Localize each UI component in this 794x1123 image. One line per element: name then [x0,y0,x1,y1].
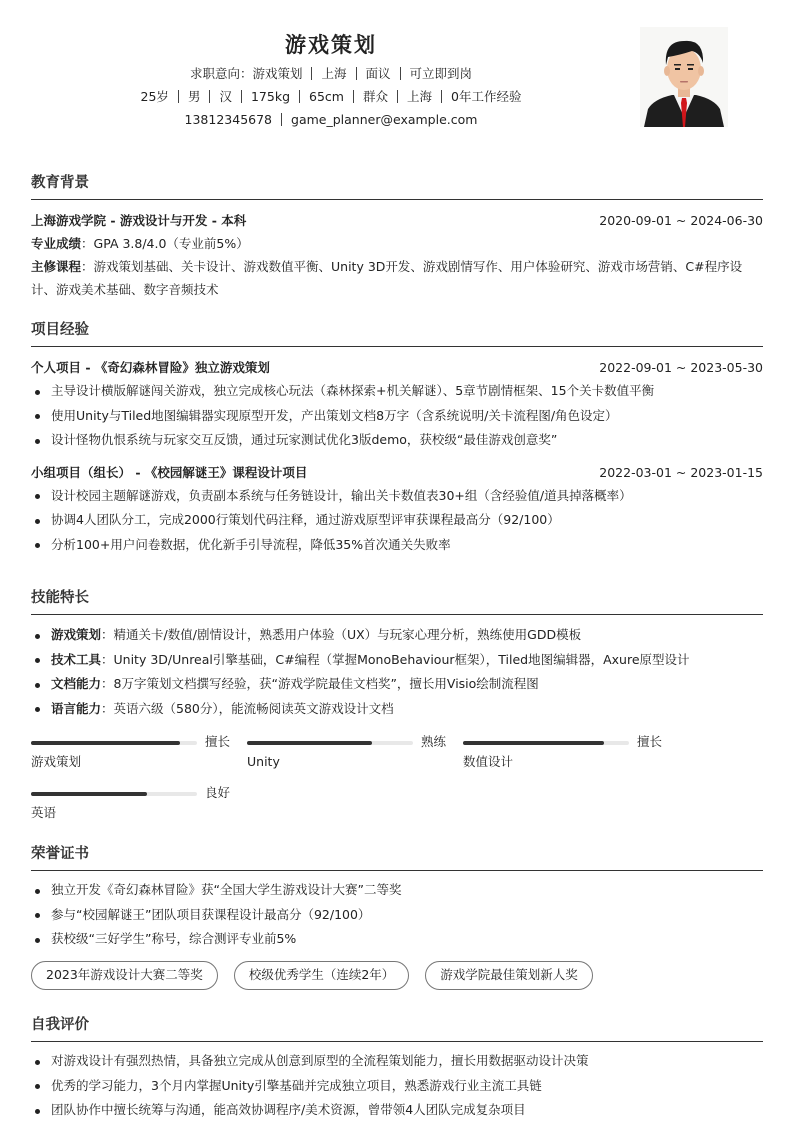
list-item: 优秀的学习能力，3个月内掌握Unity引擎基础并完成独立项目，熟悉游戏行业主流工… [31,1074,763,1099]
avatar [640,27,728,127]
intent-availability: 可立即到岗 [410,66,473,81]
skill-level: 良好 [205,784,230,802]
list-item: 获校级“三好学生”称号，综合测评专业前5% [31,927,763,952]
skill-fill [31,792,147,796]
gpa-row: 专业成绩：GPA 3.8/4.0（专业前5%） [31,232,763,255]
list-item: 使用Unity与Tiled地图编辑器实现原型开发，产出策划文档8万字（含系统说明… [31,404,763,429]
avatar-portrait-icon [640,27,728,127]
separator [400,67,401,80]
skill-label: 文档能力 [51,676,101,691]
skills-title: 技能特长 [31,587,763,615]
skill-fill [31,741,180,745]
list-item: 游戏策划：精通关卡/数值/剧情设计，熟悉用户体验（UX）与玩家心理分析，熟练使用… [31,623,763,648]
honor-tag: 游戏学院最佳策划新人奖 [425,961,593,990]
email: game_planner@example.com [291,112,477,127]
self-eval-section: 自我评价 对游戏设计有强烈热情，具备独立完成从创意到原型的全流程策划能力，擅长用… [31,1014,763,1123]
candidate-name: 游戏策划 [0,28,662,62]
skill-fill [247,741,372,745]
skill-name: 数值设计 [463,753,513,771]
job-intent-line: 求职意向：游戏策划上海面议可立即到岗 [0,62,662,85]
weight: 175kg [251,89,290,104]
political-status: 群众 [363,89,388,104]
skills-section: 技能特长 游戏策划：精通关卡/数值/剧情设计，熟悉用户体验（UX）与玩家心理分析… [31,587,763,721]
list-item: 参与“校园解谜王”团队项目获课程设计最高分（92/100） [31,903,763,928]
separator [353,90,354,103]
resume-page: 游戏策划 求职意向：游戏策划上海面议可立即到岗 25岁男汉175kg65cm群众… [0,0,794,1123]
list-item: 团队协作中擅长统筹与沟通，能高效协调程序/美术资源，曾带领4人团队完成复杂项目 [31,1098,763,1123]
separator [311,67,312,80]
list-item: 设计怪物仇恨系统与玩家交互反馈，通过玩家测试优化3版demo，获校级“最佳游戏创… [31,428,763,453]
skill-name: Unity [247,753,280,771]
honor-tags: 2023年游戏设计大赛二等奖 校级优秀学生（连续2年） 游戏学院最佳策划新人奖 [31,961,593,990]
phone: 13812345678 [185,112,272,127]
separator [241,90,242,103]
separator [178,90,179,103]
skill-name: 英语 [31,804,56,822]
list-item: 对游戏设计有强烈热情，具备独立完成从创意到原型的全流程策划能力，擅长用数据驱动设… [31,1049,763,1074]
contact-line: 13812345678game_planner@example.com [0,108,662,131]
project-header: 小组项目（组长） - 《校园解谜王》课程设计项目 2022-03-01 ~ 20… [31,461,763,484]
skill-level: 擅长 [637,733,662,751]
self-eval-title: 自我评价 [31,1014,763,1042]
skill-label: 技术工具 [51,652,101,667]
separator [397,90,398,103]
education-date: 2020-09-01 ~ 2024-06-30 [599,209,763,232]
honors-title: 荣誉证书 [31,843,763,871]
education-entry-header: 上海游戏学院 - 游戏设计与开发 - 本科 2020-09-01 ~ 2024-… [31,209,763,232]
separator [356,67,357,80]
list-item: 协调4人团队分工，完成2000行策划代码注释，通过游戏原型评审获课程最高分（92… [31,508,763,533]
courses-label: 主修课程 [31,259,81,274]
education-section: 教育背景 上海游戏学院 - 游戏设计与开发 - 本科 2020-09-01 ~ … [31,172,763,301]
separator [441,90,442,103]
honor-tag: 校级优秀学生（连续2年） [234,961,409,990]
job-intent: 求职意向：游戏策划 [190,66,303,81]
projects-title: 项目经验 [31,319,763,347]
project-name: 小组项目（组长） - 《校园解谜王》课程设计项目 [31,465,307,480]
intent-city: 上海 [321,66,346,81]
skill-bars: 擅长 游戏策划 熟练 Unity 擅长 数值设计 良好 英语 [31,735,763,825]
gpa-label: 专业成绩 [31,236,81,251]
list-item: 独立开发《奇幻森林冒险》获“全国大学生游戏设计大赛”二等奖 [31,878,763,903]
school-line: 上海游戏学院 - 游戏设计与开发 - 本科 [31,213,246,228]
skill-track [247,741,413,745]
separator [299,90,300,103]
project-date: 2022-03-01 ~ 2023-01-15 [599,461,763,484]
self-eval-bullets: 对游戏设计有强烈热情，具备独立完成从创意到原型的全流程策划能力，擅长用数据驱动设… [31,1049,763,1123]
location: 上海 [407,89,432,104]
age: 25岁 [141,89,169,104]
separator [281,113,282,126]
honor-tag: 2023年游戏设计大赛二等奖 [31,961,218,990]
project-bullets: 设计校园主题解谜游戏，负责副本系统与任务链设计，输出关卡数值表30+组（含经验值… [31,484,763,558]
list-item: 语言能力：英语六级（580分），能流畅阅读英文游戏设计文档 [31,697,763,722]
ethnicity: 汉 [219,89,232,104]
skill-fill [463,741,604,745]
skill-track [463,741,629,745]
projects-section: 项目经验 个人项目 - 《奇幻森林冒险》独立游戏策划 2022-09-01 ~ … [31,319,763,557]
skills-bullets: 游戏策划：精通关卡/数值/剧情设计，熟悉用户体验（UX）与玩家心理分析，熟练使用… [31,623,763,721]
courses-row: 主修课程：游戏策划基础、关卡设计、游戏数值平衡、Unity 3D开发、游戏剧情写… [31,255,763,301]
list-item: 文档能力：8万字策划文档撰写经验，获“游戏学院最佳文档奖”，擅长用Visio绘制… [31,672,763,697]
list-item: 设计校园主题解谜游戏，负责副本系统与任务链设计，输出关卡数值表30+组（含经验值… [31,484,763,509]
skill-level: 熟练 [421,733,446,751]
skill-label: 语言能力 [51,701,101,716]
skill-track [31,741,197,745]
gender: 男 [188,89,201,104]
skill-label: 游戏策划 [51,627,101,642]
skill-level: 擅长 [205,733,230,751]
courses-value: ：游戏策划基础、关卡设计、游戏数值平衡、Unity 3D开发、游戏剧情写作、用户… [31,259,742,297]
education-title: 教育背景 [31,172,763,200]
project-date: 2022-09-01 ~ 2023-05-30 [599,356,763,379]
experience-years: 0年工作经验 [451,89,521,104]
intent-salary: 面议 [366,66,391,81]
resume-header: 游戏策划 求职意向：游戏策划上海面议可立即到岗 25岁男汉175kg65cm群众… [0,28,662,131]
separator [209,90,210,103]
list-item: 技术工具：Unity 3D/Unreal引擎基础，C#编程（掌握MonoBeha… [31,648,763,673]
personal-info-line: 25岁男汉175kg65cm群众上海0年工作经验 [0,85,662,108]
skill-text: ：英语六级（580分），能流畅阅读英文游戏设计文档 [101,701,394,716]
honors-bullets: 独立开发《奇幻森林冒险》获“全国大学生游戏设计大赛”二等奖 参与“校园解谜王”团… [31,878,763,952]
list-item: 分析100+用户问卷数据，优化新手引导流程，降低35%首次通关失败率 [31,533,763,558]
honors-section: 荣誉证书 独立开发《奇幻森林冒险》获“全国大学生游戏设计大赛”二等奖 参与“校园… [31,843,763,952]
list-item: 主导设计横版解谜闯关游戏，独立完成核心玩法（森林探索+机关解谜）、5章节剧情框架… [31,379,763,404]
skill-text: ：8万字策划文档撰写经验，获“游戏学院最佳文档奖”，擅长用Visio绘制流程图 [101,676,539,691]
project-name: 个人项目 - 《奇幻森林冒险》独立游戏策划 [31,360,270,375]
skill-text: ：精通关卡/数值/剧情设计，熟悉用户体验（UX）与玩家心理分析，熟练使用GDD模… [101,627,581,642]
skill-text: ：Unity 3D/Unreal引擎基础，C#编程（掌握MonoBehaviou… [101,652,690,667]
project-header: 个人项目 - 《奇幻森林冒险》独立游戏策划 2022-09-01 ~ 2023-… [31,356,763,379]
skill-name: 游戏策划 [31,753,81,771]
gpa-value: ：GPA 3.8/4.0（专业前5%） [81,236,249,251]
skill-track [31,792,197,796]
project-bullets: 主导设计横版解谜闯关游戏，独立完成核心玩法（森林探索+机关解谜）、5章节剧情框架… [31,379,763,453]
height: 65cm [309,89,344,104]
